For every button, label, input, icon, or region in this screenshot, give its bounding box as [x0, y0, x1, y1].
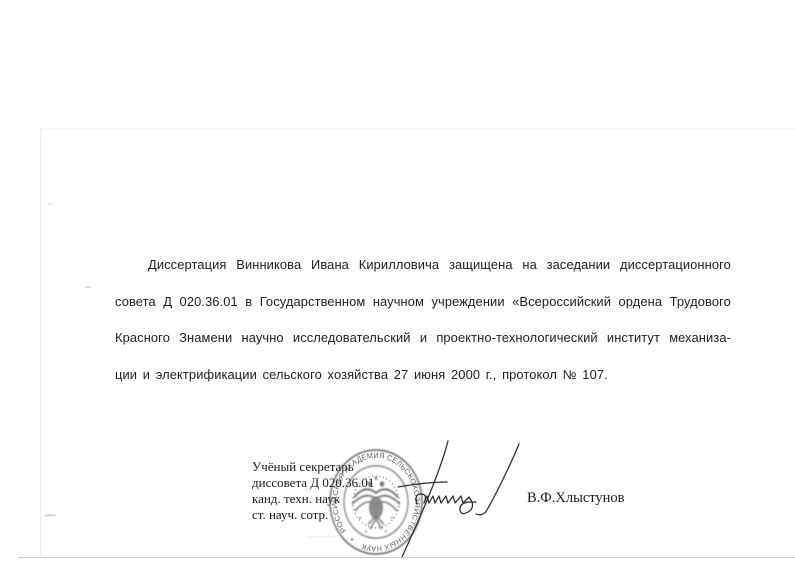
paragraph-word: защищена [449, 247, 513, 284]
paragraph-word: механиза- [669, 320, 731, 357]
stamp-bottom-mark: + [350, 536, 354, 543]
paragraph-word: научном [373, 284, 424, 321]
paragraph-line: советаД020.36.01вГосударственномнаучному… [115, 284, 731, 321]
paragraph-word: проектно-технологический [436, 320, 597, 357]
scan-artifact [306, 536, 340, 538]
paragraph-word: Диссертация [148, 247, 226, 284]
scan-artifact [84, 286, 92, 288]
scanned-document-page: ДиссертацияВинниковаИванаКирилловичазащи… [0, 0, 795, 562]
paragraph-word: Трудового [670, 284, 731, 321]
paragraph-line: КрасногоЗнаменинаучноисследовательскийип… [115, 320, 731, 357]
paragraph-word: ордена [619, 284, 663, 321]
signer-name: В.Ф.Хлыстунов [527, 490, 625, 507]
scan-bottom-edge [18, 557, 795, 558]
paragraph-word: Кирилловича [359, 247, 439, 284]
paragraph-word: Винникова [236, 247, 301, 284]
handwritten-signature [385, 418, 530, 562]
paragraph-line: ДиссертацияВинниковаИванаКирилловичазащи… [115, 247, 731, 284]
paragraph-word: Ивана [311, 247, 349, 284]
scan-artifact [48, 203, 53, 205]
paragraph-word: заседании [547, 247, 611, 284]
paragraph-word: Красного [115, 320, 170, 357]
scan-artifact [44, 514, 57, 520]
paragraph-word: «Всероссийский [512, 284, 611, 321]
signature-right-flourish [476, 444, 519, 515]
signature-crossbar [398, 482, 447, 487]
paragraph-word: диссертационного [620, 247, 731, 284]
paragraph-line: ции и электрификации сельского хозяйства… [115, 357, 731, 394]
dissertation-defense-paragraph: ДиссертацияВинниковаИванаКирилловичазащи… [115, 247, 731, 393]
paragraph-word: Знамени [179, 320, 232, 357]
paragraph-word: в [245, 284, 252, 321]
paragraph-word: учреждении [431, 284, 504, 321]
paragraph-word: научно [242, 320, 284, 357]
paragraph-word: и [420, 320, 427, 357]
paragraph-word: Государственном [260, 284, 366, 321]
paragraph-word: совета [115, 284, 156, 321]
paragraph-word: исследовательский [293, 320, 411, 357]
paragraph-word: на [522, 247, 537, 284]
paragraph-word: институт [607, 320, 660, 357]
paragraph-word: Д [163, 284, 172, 321]
paragraph-word: 020.36.01 [180, 284, 238, 321]
